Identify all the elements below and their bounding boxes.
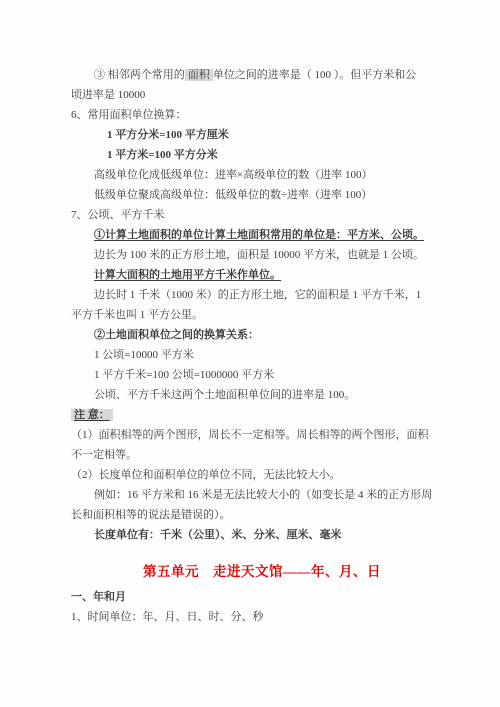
document-line: 1 平方米=100 平方分米 [71,145,453,165]
document-line: 顷进率是 10000 [71,85,453,105]
document-line: 注 意： [71,405,453,425]
text-run: 长和面积相等的说法是错误的）。 [71,509,231,521]
document-line: 计算大面积的土地用平方千米作单位。 [71,265,453,285]
text-run: 1、时间单位：年、月、日、时、分、秒 [71,611,264,623]
document-body: ③ 相邻两个常用的面积单位之间的进率是（ 100 ）。但平方米和公顷进率是 10… [71,65,453,627]
document-line: ③ 相邻两个常用的面积单位之间的进率是（ 100 ）。但平方米和公 [71,65,453,85]
text-run: （2）长度单位和面积单位的单位不同，无法比较大小。 [71,469,341,481]
document-line: 边长时 1 千米（1000 米）的正方形土地，它的面积是 1 平方千米，1 [71,285,453,305]
text-run: 6、常用面积单位换算： [71,109,187,121]
text-run: 7、公顷、平方千米 [71,209,165,221]
document-line: 不一定相等。 [71,445,453,465]
highlighted-term: 面积 [185,69,213,81]
document-line: 平方千米也叫 1 平方公里。 [71,305,453,325]
text-run: 例如：16 平方米和 16 米是无法比较大小的（如变长是 4 米的正方形周 [94,489,432,501]
document-line: 1 平方千米=100 公顷=1000000 平方米 [71,365,453,385]
document-line: 低级单位聚成高级单位：低级单位的数÷进率（进率 100） [71,185,453,205]
document-line: 长和面积相等的说法是错误的）。 [71,505,453,525]
document-page: ③ 相邻两个常用的面积单位之间的进率是（ 100 ）。但平方米和公顷进率是 10… [0,0,500,707]
text-run: 长度单位有：千米（公里）、米、分米、厘米、毫米 [94,529,342,541]
text-run: （1）面积相等的两个图形，周长不一定相等。周长相等的两个图形，面积 [71,429,429,441]
document-line: （2）长度单位和面积单位的单位不同，无法比较大小。 [71,465,453,485]
text-run: ②土地面积单位之间的换算关系： [94,329,259,341]
text-run: 单位之间的进率是（ 100 ）。但平方米和公 [213,69,417,81]
document-line: 公顷、平方千米这两个土地面积单位间的进率是 100。 [71,385,453,405]
text-run: 1 平方分米=100 平方厘米 [107,129,229,141]
text-run: 计算大面积的土地用平方千米作单位。 [94,269,281,281]
text-run: 边长为 100 米的正方形土地，面积是 10000 平方米，也就是 1 公顷。 [94,249,424,261]
text-run: 1 公顷=10000 平方米 [94,349,194,361]
text-run: 公顷、平方千米这两个土地面积单位间的进率是 100。 [94,389,355,401]
text-run: 不一定相等。 [71,449,137,461]
document-line: 边长为 100 米的正方形土地，面积是 10000 平方米，也就是 1 公顷。 [71,245,453,265]
document-line: 1 平方分米=100 平方厘米 [71,125,453,145]
document-line: 例如：16 平方米和 16 米是无法比较大小的（如变长是 4 米的正方形周 [71,485,453,505]
document-line: ①计算土地面积的单位计算土地面积常用的单位是：平方米、公顷。 [71,225,453,245]
document-line: 高级单位化成低级单位：进率×高级单位的数（进率 100） [71,165,453,185]
document-line: （1）面积相等的两个图形，周长不一定相等。周长相等的两个图形，面积 [71,425,453,445]
text-run: 1 平方千米=100 公顷=1000000 平方米 [94,369,274,381]
text-run: ③ 相邻两个常用的 [94,69,185,81]
document-line: 7、公顷、平方千米 [71,205,453,225]
text-run: 一、年和月 [71,591,126,603]
document-line: 6、常用面积单位换算： [71,105,453,125]
highlighted-term: 注 意： [71,409,113,421]
text-run: ①计算土地面积的单位计算土地面积常用的单位是：平方米、公顷。 [94,229,424,241]
text-run: 顷进率是 10000 [71,89,145,101]
text-run: 高级单位化成低级单位：进率×高级单位的数（进率 100） [94,169,372,181]
text-run: 第五单元 走进天文馆——年、月、日 [143,564,381,579]
document-line: 1、时间单位：年、月、日、时、分、秒 [71,607,453,627]
document-line: 1 公顷=10000 平方米 [71,345,453,365]
section-heading: 第五单元 走进天文馆——年、月、日 [71,562,453,582]
document-line: ②土地面积单位之间的换算关系： [71,325,453,345]
text-run: 平方千米也叫 1 平方公里。 [71,309,203,321]
document-line: 长度单位有：千米（公里）、米、分米、厘米、毫米 [71,525,453,545]
text-run: 低级单位聚成高级单位：低级单位的数÷进率（进率 100） [94,189,372,201]
document-line: 一、年和月 [71,587,453,607]
text-run: 1 平方米=100 平方分米 [107,149,218,161]
text-run: 边长时 1 千米（1000 米）的正方形土地，它的面积是 1 平方千米，1 [94,289,421,301]
